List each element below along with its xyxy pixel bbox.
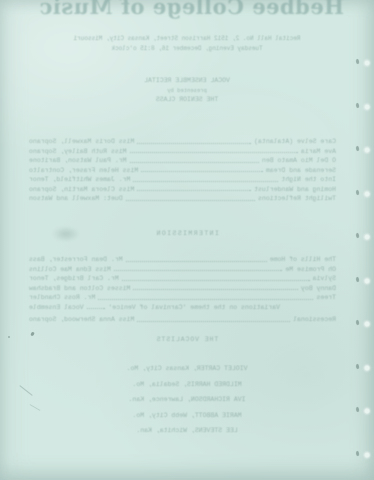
- performer-name: Miss Anna Sherwood, Soprano: [29, 316, 134, 323]
- song-title: Oh Promise Me: [285, 266, 336, 273]
- hole-shadow-icon: [355, 320, 359, 326]
- song-title: Serenade and Dream: [266, 167, 336, 174]
- punch-hole-icon: [364, 278, 370, 284]
- performer-name: Miss Doris Maxwell, Soprano: [29, 138, 134, 145]
- program-row: Homing and Wanderlust Miss Cleora Martin…: [29, 183, 336, 192]
- program-row: Into the Night Mr. James Whitfield, Teno…: [29, 174, 336, 183]
- dot-leader: [114, 270, 282, 271]
- recital-subtitle: presented by: [37, 86, 337, 96]
- dot-leader: [126, 200, 255, 201]
- hole-shadow-icon: [355, 364, 359, 370]
- personnel-line: LEE STEVENS, Wichita, Kan.: [37, 423, 337, 439]
- hole-shadow-icon: [355, 451, 359, 457]
- program-row: Oh Promise Me Miss Edna Mae Collins: [29, 263, 336, 272]
- recital-presenter: THE SENIOR CLASS: [37, 95, 337, 105]
- recital-title-block: VOCAL ENSEMBLE RECITAL presented by THE …: [37, 76, 337, 105]
- song-title: Variations on the theme 'Carnival of Ven…: [108, 304, 280, 311]
- dot-leader: [122, 280, 310, 281]
- binding-hole-pair: [352, 59, 374, 67]
- song-title: Sylvia: [313, 275, 336, 282]
- song-title: Ave Maria: [301, 148, 336, 155]
- binding-hole-pair: [352, 364, 374, 372]
- performer-name: Mr. Carl Bridges, Tenor: [29, 275, 119, 282]
- song-title: Recessional: [293, 316, 336, 323]
- binding-hole-pair: [352, 103, 374, 111]
- performer-name: Miss Edna Mae Collins: [29, 266, 111, 273]
- program-row: Trees Mr. Ross Chandler: [29, 292, 336, 301]
- punch-hole-icon: [364, 234, 370, 240]
- song-title: Care Selve (Atalanta): [254, 138, 336, 145]
- recital-title: VOCAL ENSEMBLE RECITAL: [37, 76, 337, 86]
- hole-shadow-icon: [355, 407, 359, 413]
- dot-leader: [87, 308, 106, 309]
- dot-leader: [133, 289, 297, 290]
- punch-hole-icon: [364, 365, 370, 371]
- hole-shadow-icon: [355, 59, 359, 65]
- personnel-list: VIOLET CARTER, Kansas City, Mo. MILDRED …: [37, 361, 337, 439]
- binding-hole-pair: [352, 233, 374, 241]
- hole-shadow-icon: [355, 146, 359, 152]
- performer-name: Duet: Maxwell and Watson: [29, 195, 123, 202]
- date-line: Tuesday Evening, December 16, 8:15 o'clo…: [37, 44, 337, 54]
- program-row: O Del Mio Amato Ben Mr. Paul Watson, Bar…: [29, 155, 336, 164]
- program-row: Danny Boy Misses Colton and Bradshaw: [29, 282, 336, 291]
- program-row: Twilight Reflections Duet: Maxwell and W…: [29, 193, 336, 202]
- program-row: Serenade and Dream Miss Helen Fraser, Co…: [29, 164, 336, 173]
- performer-name: Misses Colton and Bradshaw: [29, 285, 130, 292]
- personnel-heading: THE VOCALISTS: [37, 336, 337, 343]
- venue-line: Recital Hall No. 2, 1512 Harrison Street…: [37, 34, 337, 44]
- performer-name: Mr. James Whitfield, Tenor: [29, 176, 130, 183]
- performer-name: Mr. Dean Forrester, Bass: [29, 256, 123, 263]
- punch-hole-icon: [364, 191, 370, 197]
- paper-speck: [8, 336, 10, 338]
- binding-hole-pair: [352, 190, 374, 198]
- personnel-line: MARIE ABBOTT, Webb City, Mo.: [37, 408, 337, 424]
- binding-hole-pair: [352, 146, 374, 154]
- song-title: Trees: [316, 294, 336, 301]
- program-row: Care Selve (Atalanta) Miss Doris Maxwell…: [29, 136, 336, 145]
- binding-hole-pair: [352, 451, 374, 459]
- punch-hole-icon: [364, 452, 370, 458]
- hole-shadow-icon: [355, 277, 359, 283]
- dot-leader: [137, 190, 251, 191]
- song-title: Into the Night: [281, 176, 336, 183]
- hole-shadow-icon: [355, 233, 359, 239]
- program-part-1: Care Selve (Atalanta) Miss Doris Maxwell…: [29, 136, 336, 202]
- dot-leader: [133, 181, 278, 182]
- performer-name: Mr. Paul Watson, Baritone: [29, 157, 127, 164]
- performer-name: Miss Helen Fraser, Contralto: [29, 167, 138, 174]
- binding-hole-pair: [352, 320, 374, 328]
- performer-name: Miss Cleora Martin, Soprano: [29, 186, 134, 193]
- performer-name: Mr. Ross Chandler: [29, 294, 95, 301]
- dot-leader: [137, 143, 251, 144]
- dot-leader: [141, 171, 263, 172]
- scanned-program-page: Hedbee College of Music Recital Hall No.…: [0, 0, 374, 480]
- punch-hole-icon: [364, 104, 370, 110]
- song-title: O Del Mio Amato Ben: [262, 157, 336, 164]
- binding-hole-pair: [352, 407, 374, 415]
- performer-name: Miss Ruth Bailey, Soprano: [29, 148, 127, 155]
- program-row: The Hills of Home Mr. Dean Forrester, Ba…: [29, 254, 336, 263]
- program-part-2: The Hills of Home Mr. Dean Forrester, Ba…: [29, 254, 336, 323]
- dot-leader: [130, 162, 259, 163]
- program-note-row: Variations on the theme 'Carnival of Ven…: [29, 301, 336, 310]
- hole-shadow-icon: [355, 103, 359, 109]
- punch-hole-icon: [364, 60, 370, 66]
- song-title: Twilight Reflections: [258, 195, 336, 202]
- performer-name: Vocal Ensemble: [29, 304, 84, 311]
- hole-shadow-icon: [355, 190, 359, 196]
- song-title: The Hills of Home: [270, 256, 336, 263]
- personnel-line: IVA RICHARDSON, Lawrence, Kan.: [37, 392, 337, 408]
- dot-leader: [126, 261, 267, 262]
- program-row: Sylvia Mr. Carl Bridges, Tenor: [29, 273, 336, 282]
- dot-leader: [130, 152, 298, 153]
- dot-leader: [98, 299, 313, 300]
- punch-hole-icon: [364, 147, 370, 153]
- program-row: Recessional Miss Anna Sherwood, Soprano: [29, 314, 336, 323]
- personnel-line: MILDRED HARRIS, Sedalia, Mo.: [37, 377, 337, 393]
- punch-hole-icon: [364, 321, 370, 327]
- song-title: Homing and Wanderlust: [254, 186, 336, 193]
- intermission-label: INTERMISSION: [37, 230, 337, 237]
- pencil-smudge: [52, 226, 80, 242]
- punch-hole-icon: [364, 408, 370, 414]
- binding-hole-pair: [352, 277, 374, 285]
- masthead-bleedthrough: Hedbee College of Music: [66, 0, 344, 19]
- paper-speck: [30, 332, 34, 337]
- personnel-line: VIOLET CARTER, Kansas City, Mo.: [37, 361, 337, 377]
- program-row: Ave Maria Miss Ruth Bailey, Soprano: [29, 145, 336, 154]
- dot-leader: [137, 321, 290, 322]
- song-title: Danny Boy: [301, 285, 336, 292]
- scratch-mark: [19, 385, 32, 396]
- event-lines: Recital Hall No. 2, 1512 Harrison Street…: [37, 34, 337, 53]
